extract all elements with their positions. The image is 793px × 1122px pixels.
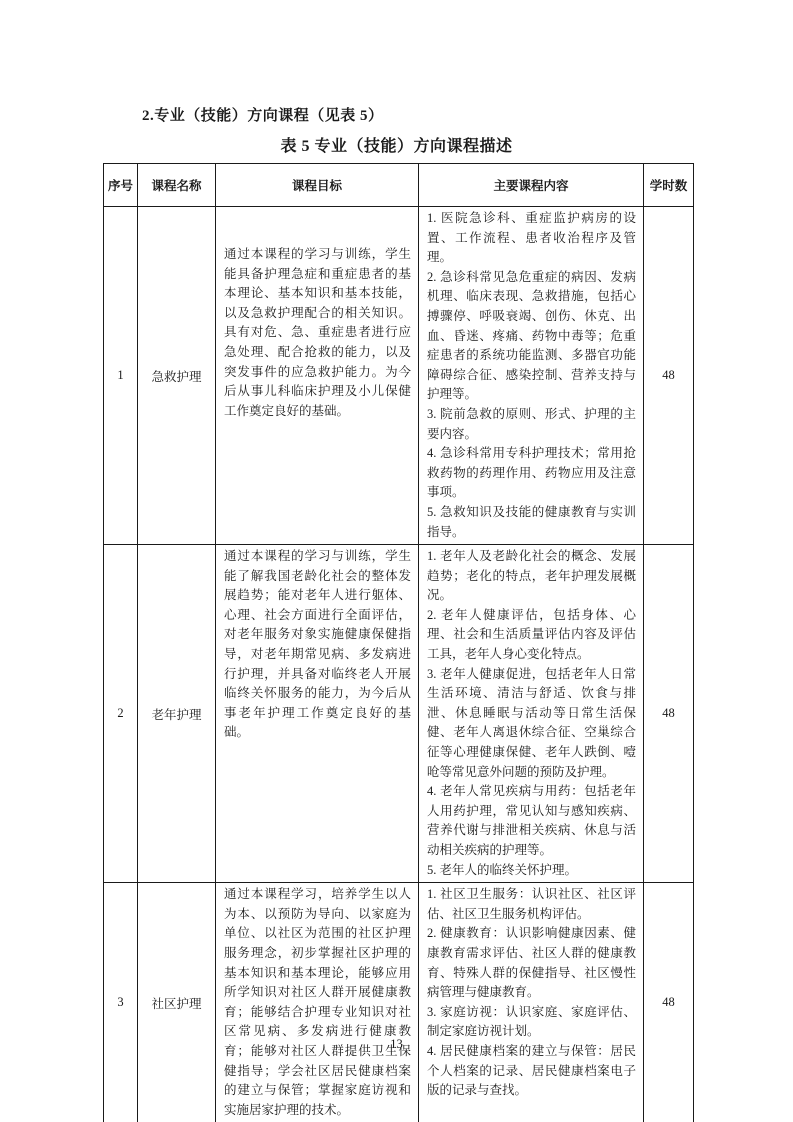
cell-course-hours: 48 <box>644 545 694 883</box>
table-row: 3 社区护理 通过本课程学习，培养学生以人为本、以预防为导向、以家庭为单位、以社… <box>104 883 694 1122</box>
cell-course-content: 1. 医院急诊科、重症监护病房的设置、工作流程、患者收治程序及管理。 2. 急诊… <box>419 207 644 545</box>
page-number: 13 <box>0 1037 793 1052</box>
col-header-objective: 课程目标 <box>216 164 419 207</box>
cell-course-name: 老年护理 <box>138 545 216 883</box>
cell-course-content: 1. 社区卫生服务：认识社区、社区评估、社区卫生服务机构评估。 2. 健康教育：… <box>419 883 644 1122</box>
cell-course-name: 急救护理 <box>138 207 216 545</box>
col-header-content: 主要课程内容 <box>419 164 644 207</box>
cell-course-objective: 通过本课程的学习与训练，学生能了解我国老龄化社会的整体发展趋势；能对老年人进行躯… <box>216 545 419 883</box>
cell-course-objective: 通过本课程的学习与训练，学生能具备护理急症和重症患者的基本理论、基本知识和基本技… <box>216 207 419 545</box>
col-header-hours: 学时数 <box>644 164 694 207</box>
cell-course-hours: 48 <box>644 883 694 1122</box>
table-row: 2 老年护理 通过本课程的学习与训练，学生能了解我国老龄化社会的整体发展趋势；能… <box>104 545 694 883</box>
col-header-course-name: 课程名称 <box>138 164 216 207</box>
document-page: 2.专业（技能）方向课程（见表 5） 表 5 专业（技能）方向课程描述 序号 课… <box>0 0 793 1122</box>
cell-course-hours: 48 <box>644 207 694 545</box>
cell-course-objective: 通过本课程学习，培养学生以人为本、以预防为导向、以家庭为单位、以社区为范围的社区… <box>216 883 419 1122</box>
col-header-no: 序号 <box>104 164 138 207</box>
cell-course-name: 社区护理 <box>138 883 216 1122</box>
table-row: 1 急救护理 通过本课程的学习与训练，学生能具备护理急症和重症患者的基本理论、基… <box>104 207 694 545</box>
cell-row-number: 2 <box>104 545 138 883</box>
table-caption: 表 5 专业（技能）方向课程描述 <box>0 133 793 156</box>
course-description-table: 序号 课程名称 课程目标 主要课程内容 学时数 1 急救护理 通过本课程的学习与… <box>103 163 694 1122</box>
table-header-row: 序号 课程名称 课程目标 主要课程内容 学时数 <box>104 164 694 207</box>
section-heading: 2.专业（技能）方向课程（见表 5） <box>142 104 384 125</box>
cell-row-number: 3 <box>104 883 138 1122</box>
cell-course-content: 1. 老年人及老龄化社会的概念、发展趋势；老化的特点，老年护理发展概况。 2. … <box>419 545 644 883</box>
cell-row-number: 1 <box>104 207 138 545</box>
